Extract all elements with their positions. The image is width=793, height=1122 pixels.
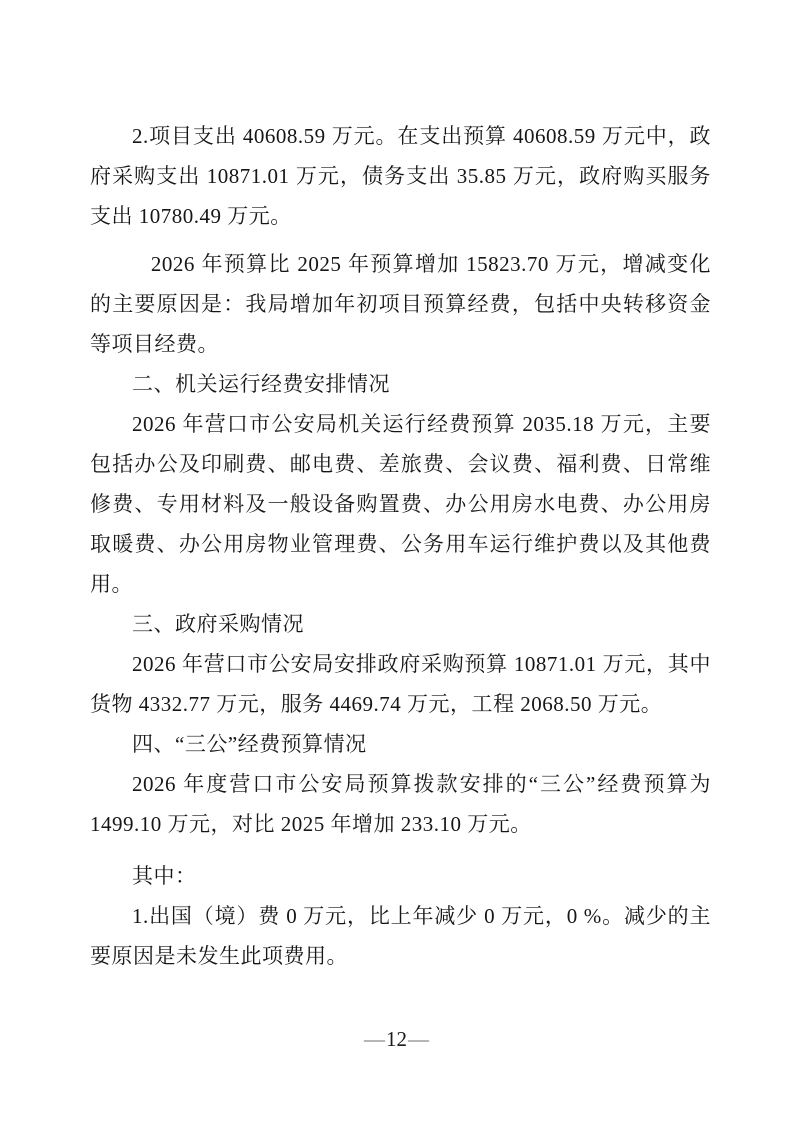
footer-page-number: 12 [385,1027,408,1051]
heading-section-4-three-public-funds: 四、“三公”经费预算情况 [90,724,711,764]
paragraph-operating-expenses-detail: 2026 年营口市公安局机关运行经费预算 2035.18 万元，主要包括办公及印… [90,404,711,604]
paragraph-three-public-funds-budget: 2026 年度营口市公安局预算拨款安排的“三公”经费预算为 1499.10 万元… [90,764,711,844]
paragraph-budget-increase-reason: 2026 年预算比 2025 年预算增加 15823.70 万元，增减变化的主要… [90,244,711,364]
paragraph-overseas-trip-expense: 1.出国（境）费 0 万元，比上年减少 0 万元，0 %。减少的主要原因是未发生… [90,896,711,976]
heading-section-3-government-procurement: 三、政府采购情况 [90,604,711,644]
paragraph-project-expenditure: 2.项目支出 40608.59 万元。在支出预算 40608.59 万元中，政府… [90,116,711,236]
page-footer: —12— [0,1026,793,1052]
label-among-which: 其中： [90,856,711,896]
paragraph-government-procurement-detail: 2026 年营口市公安局安排政府采购预算 10871.01 万元，其中货物 43… [90,644,711,724]
document-page: 2.项目支出 40608.59 万元。在支出预算 40608.59 万元中，政府… [0,0,793,1122]
footer-dash-left: — [364,1027,385,1051]
document-body: 2.项目支出 40608.59 万元。在支出预算 40608.59 万元中，政府… [90,116,711,976]
footer-dash-right: — [408,1027,429,1051]
heading-section-2-operating-expenses: 二、机关运行经费安排情况 [90,364,711,404]
